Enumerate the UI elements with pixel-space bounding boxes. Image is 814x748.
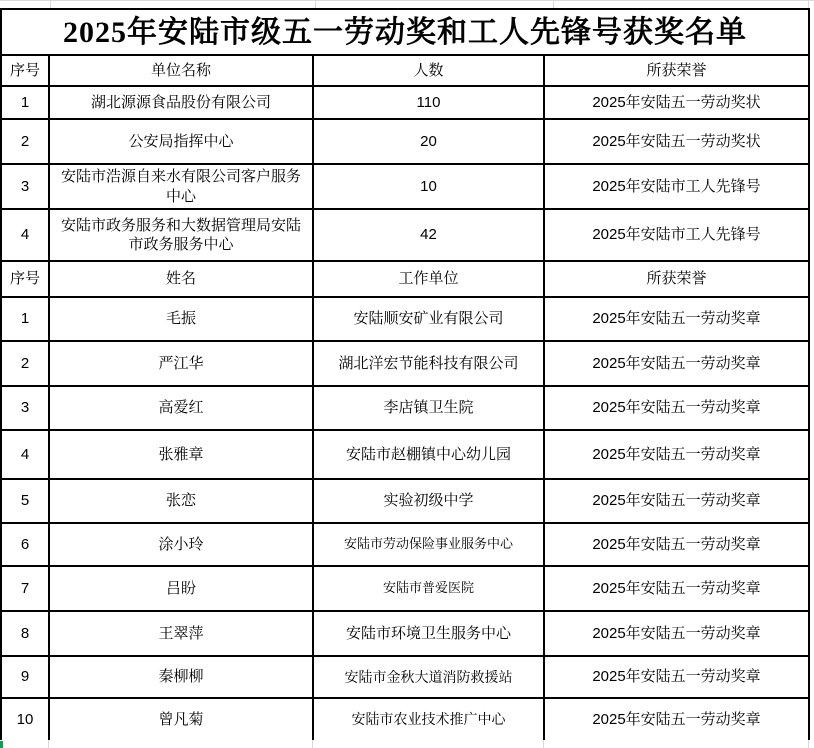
cell-serial[interactable]: 2 — [1, 341, 49, 386]
table-row: 3 高爱红 李店镇卫生院 2025年安陆五一劳动奖章 — [1, 386, 809, 430]
cell-honor[interactable]: 2025年安陆五一劳动奖章 — [544, 341, 809, 386]
table-row: 1 湖北源源食品股份有限公司 110 2025年安陆五一劳动奖状 — [1, 86, 809, 119]
cell-honor[interactable]: 2025年安陆五一劳动奖状 — [544, 86, 809, 119]
cell-work-unit[interactable]: 安陆市赵棚镇中心幼儿园 — [313, 430, 544, 479]
cell-serial[interactable]: 5 — [1, 479, 49, 523]
cell-serial[interactable]: 3 — [1, 386, 49, 430]
cell-person-name[interactable]: 张恋 — [49, 479, 313, 523]
cell-work-unit[interactable]: 安陆市普爱医院 — [313, 566, 544, 611]
col-header-serial[interactable]: 序号 — [1, 261, 49, 297]
table-row: 9 秦柳柳 安陆市金秋大道消防救援站 2025年安陆五一劳动奖章 — [1, 656, 809, 698]
cell-serial[interactable]: 2 — [1, 119, 49, 164]
person-header-row: 序号 姓名 工作单位 所获荣誉 — [1, 261, 809, 297]
cell-serial[interactable]: 8 — [1, 611, 49, 656]
cell-honor[interactable]: 2025年安陆五一劳动奖章 — [544, 611, 809, 656]
table-row: 7 吕盼 安陆市普爱医院 2025年安陆五一劳动奖章 — [1, 566, 809, 611]
cell-honor[interactable]: 2025年安陆市工人先锋号 — [544, 209, 809, 261]
cell-person-name[interactable]: 张雅章 — [49, 430, 313, 479]
table-row: 4 张雅章 安陆市赵棚镇中心幼儿园 2025年安陆五一劳动奖章 — [1, 430, 809, 479]
cell-honor[interactable]: 2025年安陆五一劳动奖章 — [544, 479, 809, 523]
table-row: 6 涂小玲 安陆市劳动保险事业服务中心 2025年安陆五一劳动奖章 — [1, 523, 809, 566]
table-row: 2 严江华 湖北洋宏节能科技有限公司 2025年安陆五一劳动奖章 — [1, 341, 809, 386]
cell-honor[interactable]: 2025年安陆五一劳动奖章 — [544, 656, 809, 698]
cell-honor[interactable]: 2025年安陆五一劳动奖章 — [544, 566, 809, 611]
sheet-selection-mark — [0, 741, 3, 748]
cell-honor[interactable]: 2025年安陆五一劳动奖章 — [544, 430, 809, 479]
gridline-vertical — [48, 740, 49, 748]
cell-work-unit[interactable]: 安陆市农业技术推广中心 — [313, 698, 544, 741]
cell-honor[interactable]: 2025年安陆五一劳动奖章 — [544, 297, 809, 341]
table-row: 1 毛振 安陆顺安矿业有限公司 2025年安陆五一劳动奖章 — [1, 297, 809, 341]
table-row: 3 安陆市浩源自来水有限公司客户服务中心 10 2025年安陆市工人先锋号 — [1, 164, 809, 209]
cell-serial[interactable]: 4 — [1, 209, 49, 261]
cell-unit-name[interactable]: 湖北源源食品股份有限公司 — [49, 86, 313, 119]
cell-person-name[interactable]: 毛振 — [49, 297, 313, 341]
cell-serial[interactable]: 9 — [1, 656, 49, 698]
cell-serial[interactable]: 3 — [1, 164, 49, 209]
cell-work-unit[interactable]: 安陆市环境卫生服务中心 — [313, 611, 544, 656]
cell-count[interactable]: 20 — [313, 119, 544, 164]
unit-header-row: 序号 单位名称 人数 所获荣誉 — [1, 55, 809, 86]
cell-work-unit[interactable]: 湖北洋宏节能科技有限公司 — [313, 341, 544, 386]
cell-work-unit[interactable]: 实验初级中学 — [313, 479, 544, 523]
table-row: 2 公安局指挥中心 20 2025年安陆五一劳动奖状 — [1, 119, 809, 164]
col-header-honor[interactable]: 所获荣誉 — [544, 261, 809, 297]
gridline-vertical — [808, 740, 809, 748]
cell-serial[interactable]: 6 — [1, 523, 49, 566]
title-row: 2025年安陆市级五一劳动奖和工人先锋号获奖名单 — [1, 9, 809, 55]
cell-honor[interactable]: 2025年安陆五一劳动奖章 — [544, 523, 809, 566]
table-row: 5 张恋 实验初级中学 2025年安陆五一劳动奖章 — [1, 479, 809, 523]
cell-honor[interactable]: 2025年安陆市工人先锋号 — [544, 164, 809, 209]
col-header-count[interactable]: 人数 — [313, 55, 544, 86]
gridline-vertical — [543, 740, 544, 748]
cell-count[interactable]: 42 — [313, 209, 544, 261]
cell-serial[interactable]: 10 — [1, 698, 49, 741]
cell-work-unit[interactable]: 安陆市劳动保险事业服务中心 — [313, 523, 544, 566]
col-header-person-name[interactable]: 姓名 — [49, 261, 313, 297]
col-header-serial[interactable]: 序号 — [1, 55, 49, 86]
cell-person-name[interactable]: 涂小玲 — [49, 523, 313, 566]
cell-honor[interactable]: 2025年安陆五一劳动奖章 — [544, 386, 809, 430]
cell-unit-name[interactable]: 公安局指挥中心 — [49, 119, 313, 164]
table-row: 10 曾凡菊 安陆市农业技术推广中心 2025年安陆五一劳动奖章 — [1, 698, 809, 741]
cell-serial[interactable]: 7 — [1, 566, 49, 611]
cell-person-name[interactable]: 王翠萍 — [49, 611, 313, 656]
cell-honor[interactable]: 2025年安陆五一劳动奖状 — [544, 119, 809, 164]
cell-work-unit[interactable]: 安陆市金秋大道消防救援站 — [313, 656, 544, 698]
cell-count[interactable]: 110 — [313, 86, 544, 119]
cell-person-name[interactable]: 高爱红 — [49, 386, 313, 430]
table-row: 4 安陆市政务服务和大数据管理局安陆市政务服务中心 42 2025年安陆市工人先… — [1, 209, 809, 261]
bottom-partial-gridrow — [0, 740, 814, 748]
cell-person-name[interactable]: 严江华 — [49, 341, 313, 386]
table-row: 8 王翠萍 安陆市环境卫生服务中心 2025年安陆五一劳动奖章 — [1, 611, 809, 656]
cell-work-unit[interactable]: 安陆顺安矿业有限公司 — [313, 297, 544, 341]
cell-honor[interactable]: 2025年安陆五一劳动奖章 — [544, 698, 809, 741]
cell-person-name[interactable]: 曾凡菊 — [49, 698, 313, 741]
cell-serial[interactable]: 1 — [1, 86, 49, 119]
page-title[interactable]: 2025年安陆市级五一劳动奖和工人先锋号获奖名单 — [1, 9, 809, 55]
col-header-work-unit[interactable]: 工作单位 — [313, 261, 544, 297]
cell-work-unit[interactable]: 李店镇卫生院 — [313, 386, 544, 430]
cell-unit-name[interactable]: 安陆市政务服务和大数据管理局安陆市政务服务中心 — [49, 209, 313, 261]
cell-person-name[interactable]: 吕盼 — [49, 566, 313, 611]
gridline-vertical — [312, 740, 313, 748]
col-header-unit-name[interactable]: 单位名称 — [49, 55, 313, 86]
cell-person-name[interactable]: 秦柳柳 — [49, 656, 313, 698]
awards-table: 2025年安陆市级五一劳动奖和工人先锋号获奖名单 序号 单位名称 人数 所获荣誉… — [0, 8, 810, 742]
cell-unit-name[interactable]: 安陆市浩源自来水有限公司客户服务中心 — [49, 164, 313, 209]
cell-serial[interactable]: 4 — [1, 430, 49, 479]
col-header-honor[interactable]: 所获荣誉 — [544, 55, 809, 86]
cell-serial[interactable]: 1 — [1, 297, 49, 341]
cell-count[interactable]: 10 — [313, 164, 544, 209]
